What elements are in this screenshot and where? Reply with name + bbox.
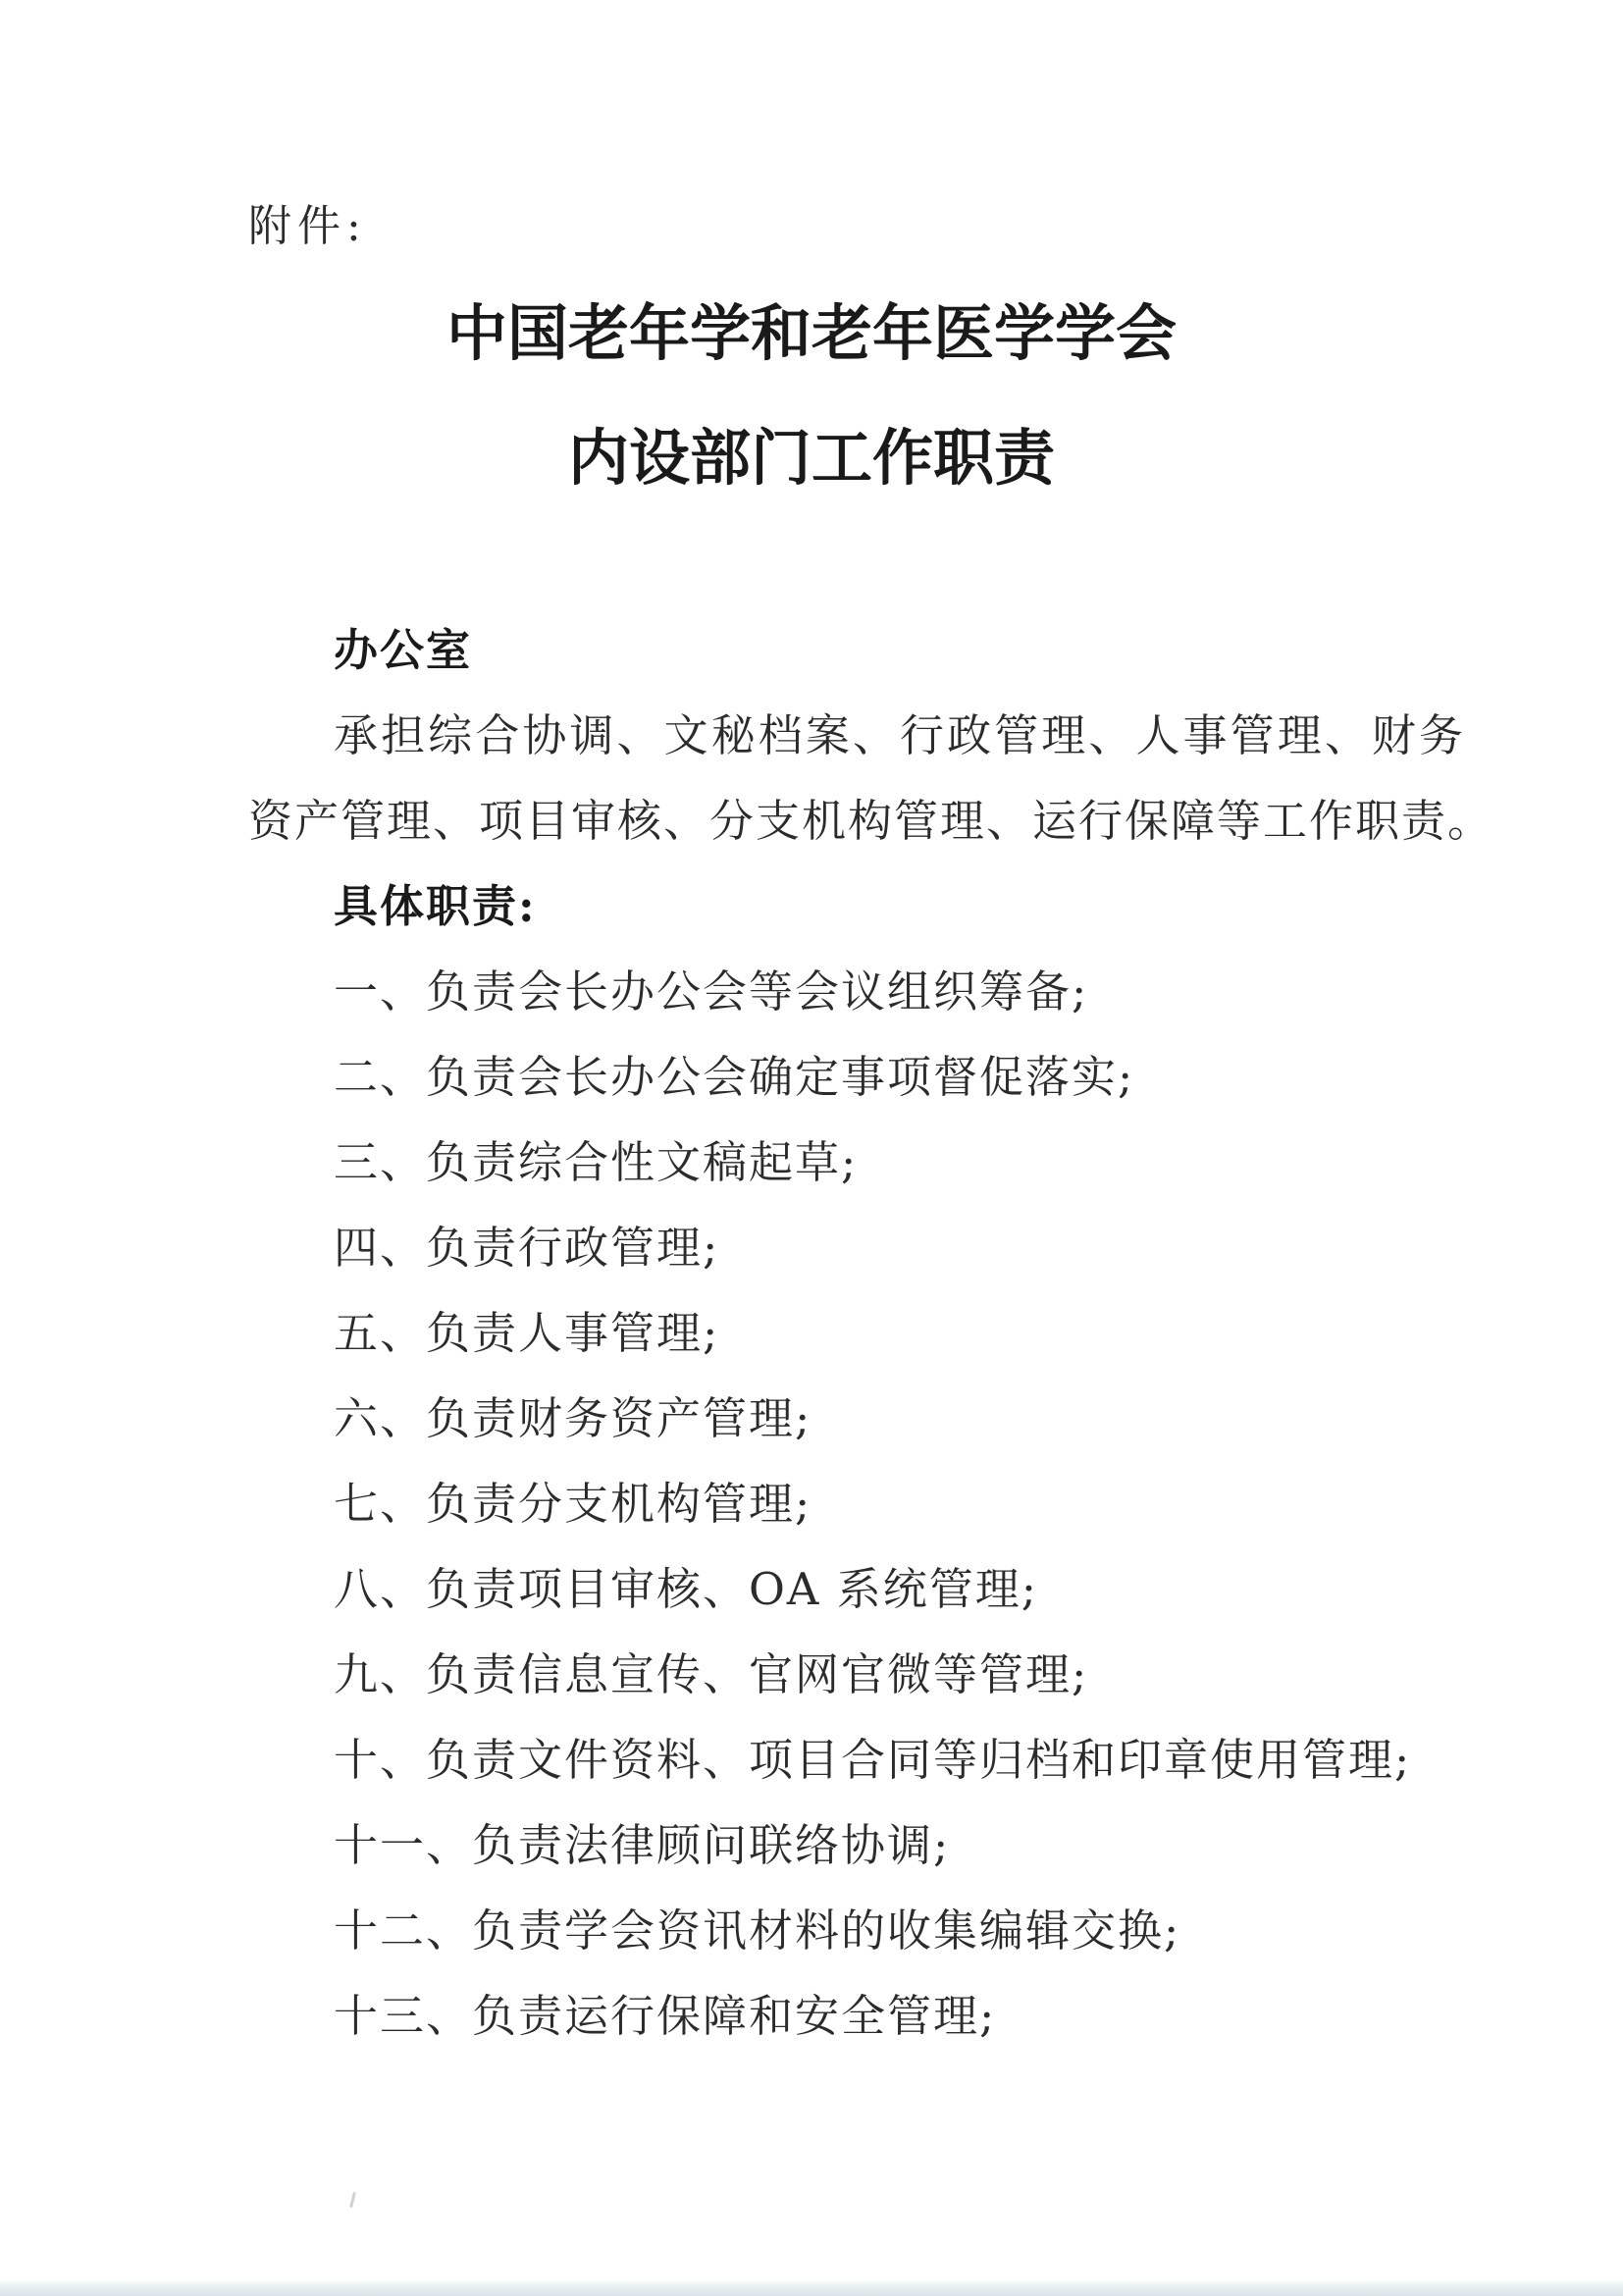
duties-heading: 具体职责: [248, 863, 1465, 949]
duty-item-03: 三、负责综合性文稿起草; [248, 1120, 1465, 1205]
document-title-line2: 内设部门工作职责 [0, 414, 1623, 502]
duty-item-01: 一、负责会长办公会等会议组织筹备; [248, 949, 1465, 1034]
duty-item-05: 五、负责人事管理; [248, 1290, 1465, 1376]
document-body: 办公室 承担综合协调、文秘档案、行政管理、人事管理、财务 资产管理、项目审核、分… [248, 607, 1465, 2059]
duty-item-07: 七、负责分支机构管理; [248, 1461, 1465, 1546]
section-heading-office: 办公室 [248, 607, 1465, 693]
attachment-label: 附件: [248, 196, 367, 257]
duty-item-11: 十一、负责法律顾问联络协调; [248, 1802, 1465, 1888]
duty-item-13: 十三、负责运行保障和安全管理; [248, 1973, 1465, 2059]
duty-item-12: 十二、负责学会资讯材料的收集编辑交换; [248, 1888, 1465, 1973]
duty-item-08: 八、负责项目审核、OA 系统管理; [248, 1546, 1465, 1632]
duty-item-06: 六、负责财务资产管理; [248, 1376, 1465, 1461]
document-title-line1: 中国老年学和老年医学学会 [0, 289, 1623, 378]
duty-item-10: 十、负责文件资料、项目合同等归档和印章使用管理; [248, 1717, 1465, 1802]
office-intro-line-1: 承担综合协调、文秘档案、行政管理、人事管理、财务 [248, 693, 1465, 778]
office-intro-line-2: 资产管理、项目审核、分支机构管理、运行保障等工作职责。 [248, 778, 1465, 863]
duty-item-09: 九、负责信息宣传、官网官微等管理; [248, 1632, 1465, 1717]
scanned-document-page: 附件: 中国老年学和老年医学学会 内设部门工作职责 办公室 承担综合协调、文秘档… [0, 0, 1623, 2296]
scan-artifact-speck [349, 2192, 356, 2208]
duty-item-04: 四、负责行政管理; [248, 1205, 1465, 1290]
duty-item-02: 二、负责会长办公会确定事项督促落实; [248, 1034, 1465, 1120]
scan-artifact-bottom-edge [0, 2278, 1623, 2296]
